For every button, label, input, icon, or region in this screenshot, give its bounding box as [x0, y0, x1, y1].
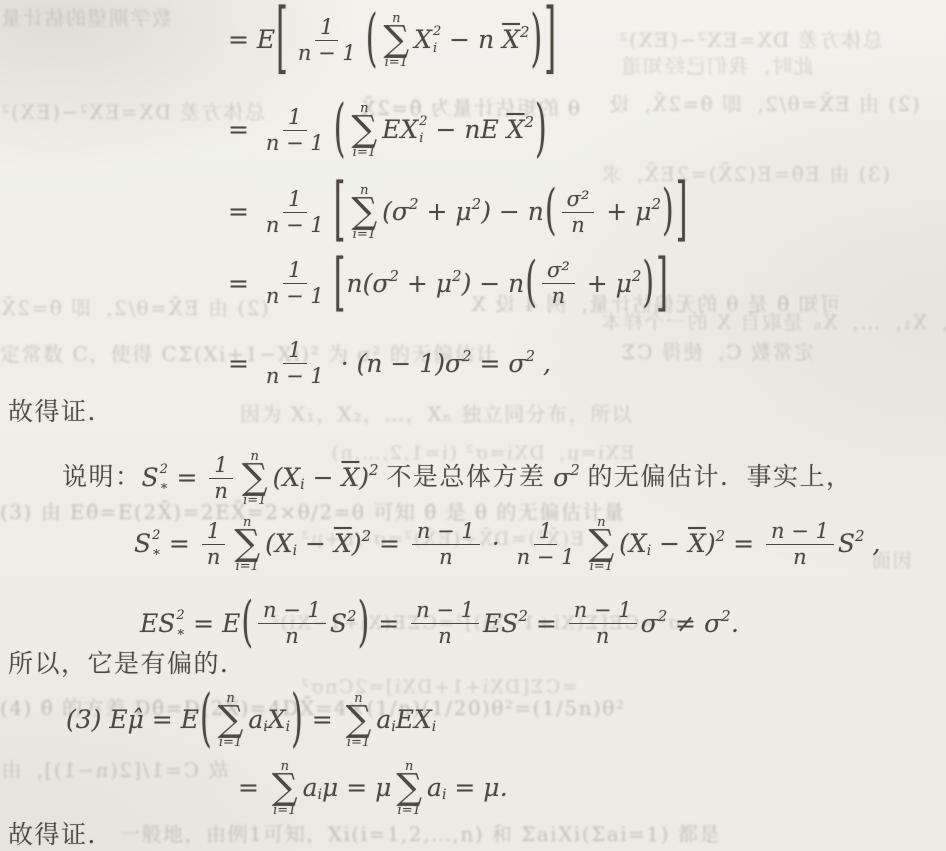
math-text: −	[297, 529, 334, 559]
line-eq-2: = 1n − 1(n∑i=1EX2i − nE X2)	[228, 102, 548, 159]
base-with-scripts: EX2i	[382, 115, 427, 145]
fraction-denominator: n − 1	[261, 131, 329, 156]
fraction-numerator: n − 1	[258, 598, 326, 624]
base-with-scripts: S2∗	[142, 463, 169, 493]
sum-lower-limit: i=1	[347, 736, 370, 749]
math-text: =	[228, 197, 257, 227]
line-remark: 说明：S2∗ = 1nn∑i=1(Xi − X)2 不是总体方差 σ2 的无偏估…	[62, 450, 853, 507]
math-text: ·	[484, 529, 508, 559]
fraction-denominator: n	[566, 213, 590, 238]
math-text: )	[359, 463, 369, 493]
math-text: − n	[441, 25, 502, 55]
fraction-numerator: 1	[202, 519, 225, 545]
superscript: 2	[520, 23, 530, 41]
script-sub: i	[432, 719, 436, 736]
printed-text-layer: = E[1n − 1(n∑i=1X2i − n X2)]= 1n − 1(n∑i…	[0, 0, 946, 851]
script-sub: i	[391, 719, 395, 736]
script-sub: ∗	[152, 546, 161, 559]
stretchy-delimiter: )	[535, 99, 547, 162]
math-text: =	[228, 115, 257, 145]
x-bar-overline: X	[334, 529, 352, 559]
line-eq-part3b: = n∑i=1aiμ = μn∑i=1ai = μ．	[238, 760, 525, 817]
sigma-symbol: ∑	[396, 773, 422, 804]
sigma-symbol: ∑	[383, 25, 409, 56]
stretchy-delimiter: (	[241, 597, 253, 651]
math-text: + μ	[598, 197, 651, 227]
script-stack: 2i	[419, 117, 427, 143]
superscript: 2	[524, 113, 534, 131]
stretchy-delimiter: )	[530, 9, 542, 72]
fraction-numerator: 1	[283, 187, 306, 213]
script-base: S	[134, 529, 151, 559]
line-biased-note: 所以，它是有偏的．	[8, 650, 247, 680]
script-base: X	[268, 705, 286, 735]
math-text: −	[305, 463, 342, 493]
script-base: a	[303, 773, 318, 803]
sum-lower-limit: i=1	[236, 560, 259, 573]
fraction-numerator: n − 1	[412, 519, 480, 545]
line-qed-1: 故得证．	[8, 398, 114, 428]
base-with-scripts: EXi	[396, 705, 437, 735]
fraction-denominator: n	[202, 545, 226, 570]
base-with-scripts: Xi	[268, 705, 290, 735]
script-sub: i	[286, 719, 290, 736]
script-sup: 2	[176, 609, 185, 622]
fraction-denominator: n − 1	[261, 284, 329, 309]
math-text: − nE	[428, 115, 507, 145]
fraction: σ²n	[562, 187, 595, 238]
math-text: =	[238, 773, 267, 803]
fraction-denominator: n	[788, 545, 812, 570]
summation: n∑i=1	[351, 184, 377, 241]
base-with-scripts: ai	[303, 773, 322, 803]
x-bar-overline: X	[507, 115, 525, 145]
script-sub: i	[419, 132, 427, 145]
cjk-text: 不是总体方差	[379, 463, 554, 493]
cjk-text: 故得证．	[8, 398, 114, 428]
sigma-symbol: ∑	[242, 463, 268, 494]
fraction-denominator: n	[209, 479, 233, 504]
math-text: μ = μ	[322, 773, 391, 803]
fraction-denominator: n − 1	[261, 213, 329, 238]
math-text: ) − n	[481, 197, 544, 227]
sum-lower-limit: i=1	[219, 736, 242, 749]
sum-lower-limit: i=1	[353, 228, 376, 241]
summation: n∑i=1	[346, 692, 372, 749]
stretchy-delimiter: [	[334, 178, 346, 247]
superscript: 2	[525, 347, 535, 365]
script-base: a	[248, 705, 263, 735]
summation: n∑i=1	[272, 760, 298, 817]
superscript: 2	[462, 347, 472, 365]
scanned-textbook-page: 数学期望的估计量此时，我们已经知道总体方差 DX=EX²−(EX)²总体方差 D…	[0, 0, 946, 851]
math-text: = σ	[472, 349, 526, 379]
superscript: 2	[721, 607, 731, 625]
fraction-numerator: 1	[315, 15, 338, 41]
line-eq-4: = 1n − 1[n(σ2 + μ2) − n(σ²n + μ2)]	[228, 258, 669, 309]
math-text: = E	[185, 609, 240, 639]
sum-lower-limit: i=1	[353, 146, 376, 159]
fraction-numerator: 1	[283, 338, 306, 364]
cjk-text: 的无偏估计．事实上，	[580, 463, 853, 493]
script-sup: 2	[433, 25, 441, 38]
subscript: i	[300, 477, 304, 494]
stretchy-delimiter: )	[358, 597, 370, 651]
superscript: 2	[632, 267, 642, 285]
script-stack: 2∗	[176, 611, 185, 637]
fraction-numerator: 1	[283, 105, 306, 131]
fraction: 1n − 1	[261, 105, 329, 156]
line-qed-2: 故得证．	[8, 821, 114, 851]
sum-lower-limit: i=1	[398, 804, 421, 817]
math-text: S	[330, 609, 347, 639]
summation: n∑i=1	[383, 12, 409, 69]
fraction: 1n − 1	[261, 338, 329, 389]
fraction-denominator: n	[433, 624, 457, 649]
script-stack: 2∗	[160, 465, 169, 491]
subscript: i	[293, 543, 297, 560]
line-eq-3: = 1n − 1[n∑i=1(σ2 + μ2) − n(σ²n + μ2)]	[228, 184, 688, 241]
math-text: (X	[619, 529, 647, 559]
script-base: a	[427, 773, 442, 803]
script-base: a	[376, 705, 391, 735]
stretchy-delimiter: )	[662, 185, 674, 239]
superscript: 2	[855, 527, 865, 545]
fraction: 1n − 1	[293, 15, 361, 66]
stretchy-delimiter: [	[276, 1, 288, 79]
math-text: (X	[273, 463, 301, 493]
stretchy-delimiter: (	[334, 99, 346, 162]
base-with-scripts: S2∗	[134, 529, 161, 559]
math-text: + μ	[399, 269, 452, 299]
math-text: =	[725, 529, 762, 559]
sum-lower-limit: i=1	[243, 494, 266, 507]
script-sub: i	[318, 787, 322, 804]
sigma-symbol: ∑	[272, 773, 298, 804]
stretchy-delimiter: (	[366, 9, 378, 72]
math-text: )	[706, 529, 716, 559]
fraction-numerator: 1	[209, 453, 232, 479]
stretchy-delimiter: ]	[656, 252, 668, 315]
math-text: =	[228, 349, 257, 379]
summation: n∑i=1	[588, 516, 614, 573]
math-text: (X	[265, 529, 293, 559]
x-bar-overline: X	[341, 463, 359, 493]
superscript: 2	[347, 607, 357, 625]
sum-lower-limit: i=1	[273, 804, 296, 817]
sigma-symbol: ∑	[234, 529, 260, 560]
fraction-denominator: n	[591, 624, 615, 649]
stretchy-delimiter: ]	[676, 178, 688, 247]
line-eq-s-star: S2∗ = 1nn∑i=1(Xi − X)2 = n − 1n · 1n − 1…	[134, 516, 880, 573]
stretchy-delimiter: (	[200, 689, 212, 752]
sum-lower-limit: i=1	[590, 560, 613, 573]
fraction: 1n	[209, 453, 233, 504]
sigma-symbol: ∑	[346, 705, 372, 736]
cjk-text: 说明：	[62, 463, 142, 493]
base-with-scripts: X2i	[414, 25, 441, 55]
sum-lower-limit: i=1	[385, 56, 408, 69]
math-text: =	[528, 609, 565, 639]
math-text: ) − n	[462, 269, 525, 299]
subscript: i	[647, 543, 651, 560]
fraction-numerator: 1	[283, 258, 306, 284]
base-with-scripts: ai	[248, 705, 267, 735]
math-text: S	[838, 529, 855, 559]
math-text: + μ	[579, 269, 632, 299]
summation: n∑i=1	[351, 102, 377, 159]
fraction: 1n − 1	[261, 258, 329, 309]
fraction: 1n − 1	[261, 187, 329, 238]
script-base: X	[414, 25, 432, 55]
script-sub: i	[433, 42, 441, 55]
summation: n∑i=1	[234, 516, 260, 573]
math-text: · (n − 1)σ	[333, 349, 462, 379]
line-eq-5: = 1n − 1 · (n − 1)σ2 = σ2 ,	[228, 338, 551, 389]
superscript: 2	[716, 527, 726, 545]
math-text: =	[228, 269, 257, 299]
stretchy-delimiter: (	[525, 257, 537, 311]
superscript: 2	[452, 267, 462, 285]
script-sub: i	[263, 719, 267, 736]
line-eq-1: = E[1n − 1(n∑i=1X2i − n X2)]	[228, 12, 557, 69]
sigma-symbol: ∑	[218, 705, 244, 736]
fraction-numerator: σ²	[542, 258, 575, 284]
stretchy-delimiter: (	[545, 185, 557, 239]
script-sub: ∗	[160, 480, 169, 493]
sigma-symbol: ∑	[351, 197, 377, 228]
math-text: =	[371, 529, 408, 559]
superscript: 2	[518, 607, 528, 625]
script-sup: 2	[160, 463, 169, 476]
stretchy-delimiter: )	[291, 689, 303, 752]
fraction: n − 1n	[412, 519, 480, 570]
fraction-denominator: n − 1	[261, 364, 329, 389]
fraction-numerator: n − 1	[569, 598, 637, 624]
superscript: 2	[570, 461, 580, 479]
script-base: ES	[140, 609, 175, 639]
cjk-text: 所以，它是有偏的．	[8, 650, 247, 680]
fraction: 1n − 1	[512, 519, 580, 570]
superscript: 2	[369, 461, 379, 479]
math-text: =	[169, 463, 206, 493]
fraction-denominator: n	[547, 284, 571, 309]
math-text: −	[651, 529, 688, 559]
superscript: 2	[409, 195, 419, 213]
math-text: σ	[641, 609, 658, 639]
superscript: 2	[658, 607, 668, 625]
stretchy-delimiter: ]	[544, 1, 556, 79]
x-bar-overline: X	[502, 25, 520, 55]
math-text: =	[161, 529, 198, 559]
math-text: =	[370, 609, 407, 639]
math-text: n(σ	[346, 269, 389, 299]
summation: n∑i=1	[396, 760, 422, 817]
math-text: ．	[731, 609, 756, 639]
stretchy-delimiter: [	[334, 252, 346, 315]
script-sub: ∗	[176, 626, 185, 639]
sigma-symbol: ∑	[351, 115, 377, 146]
script-stack: 2i	[433, 27, 441, 53]
base-with-scripts: ES2∗	[140, 609, 185, 639]
line-eq-es-star: ES2∗ = E(n − 1nS2) = n − 1nES2 = n − 1nσ…	[140, 598, 756, 649]
math-text: = E	[228, 25, 275, 55]
math-text: )	[352, 529, 362, 559]
math-text: ≠ σ	[667, 609, 721, 639]
fraction-numerator: n − 1	[411, 598, 479, 624]
summation: n∑i=1	[218, 692, 244, 749]
fraction: σ²n	[542, 258, 575, 309]
math-text: =	[304, 705, 341, 735]
superscript: 2	[362, 527, 372, 545]
fraction-numerator: 1	[534, 519, 557, 545]
math-text: ,	[535, 349, 551, 379]
fraction-denominator: n − 1	[512, 545, 580, 570]
fraction-denominator: n − 1	[293, 41, 361, 66]
superscript: 2	[389, 267, 399, 285]
fraction: 1n	[202, 519, 226, 570]
fraction-denominator: n	[434, 545, 458, 570]
superscript: 2	[472, 195, 482, 213]
math-text: ,	[865, 529, 881, 559]
fraction-denominator: n	[280, 624, 304, 649]
base-with-scripts: ai	[427, 773, 446, 803]
script-sub: i	[442, 787, 446, 804]
fraction: n − 1n	[569, 598, 637, 649]
cjk-text: 故得证．	[8, 821, 114, 851]
math-text: (σ	[382, 197, 409, 227]
stretchy-delimiter: )	[642, 257, 654, 311]
line-eq-part3a: (3) Eμ̂ = E(n∑i=1aiXi) = n∑i=1aiEXi	[66, 692, 436, 749]
fraction: n − 1n	[766, 519, 834, 570]
fraction-numerator: n − 1	[766, 519, 834, 545]
fraction: n − 1n	[258, 598, 326, 649]
base-with-scripts: ai	[376, 705, 395, 735]
math-text: (3) Eμ̂ = E	[66, 705, 199, 735]
fraction: n − 1n	[411, 598, 479, 649]
math-text: = μ．	[446, 773, 524, 803]
summation: n∑i=1	[242, 450, 268, 507]
x-bar-overline: X	[688, 529, 706, 559]
math-text: + μ	[419, 197, 472, 227]
sigma-symbol: ∑	[588, 529, 614, 560]
script-base: EX	[382, 115, 418, 145]
script-base: S	[142, 463, 159, 493]
script-sup: 2	[152, 529, 161, 542]
math-text: σ	[553, 463, 570, 493]
script-base: EX	[396, 705, 432, 735]
math-text: ES	[483, 609, 518, 639]
script-sup: 2	[419, 115, 427, 128]
superscript: 2	[651, 195, 661, 213]
script-stack: 2∗	[152, 531, 161, 557]
fraction-numerator: σ²	[562, 187, 595, 213]
